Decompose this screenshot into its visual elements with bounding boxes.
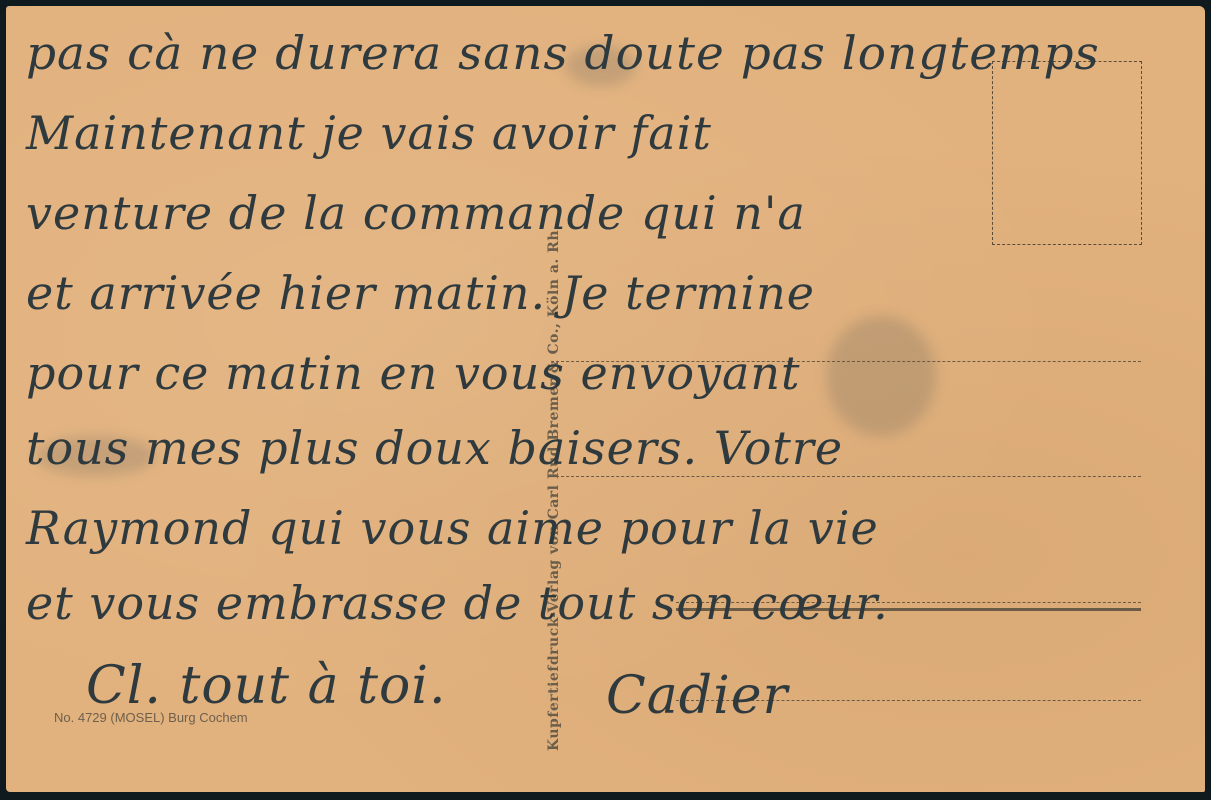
signoff: Cl. tout à toi. [86,656,447,716]
handwriting-line-3: venture de la commande qui n'a [26,186,806,240]
handwriting-line-5: pour ce matin en vous envoyant [26,346,801,400]
ink-smudge [826,316,936,436]
handwriting-line-6: tous mes plus doux baisers. Votre [26,421,843,475]
postcard: Kupfertiefdruck-Verlag von Carl Rud Brem… [6,6,1205,792]
handwriting-line-1: pas cà ne durera sans doute pas longtemp… [26,26,1100,80]
handwriting-line-7: Raymond qui vous aime pour la vie [26,501,879,555]
handwriting-line-8: et vous embrasse de tout son cœur. [26,576,889,630]
handwriting-line-2: Maintenant je vais avoir fait [26,106,712,160]
handwriting-line-4: et arrivée hier matin. Je termine [26,266,815,320]
stamp-box [992,61,1142,245]
signature: Cadier [606,666,788,726]
address-line [551,476,1141,477]
